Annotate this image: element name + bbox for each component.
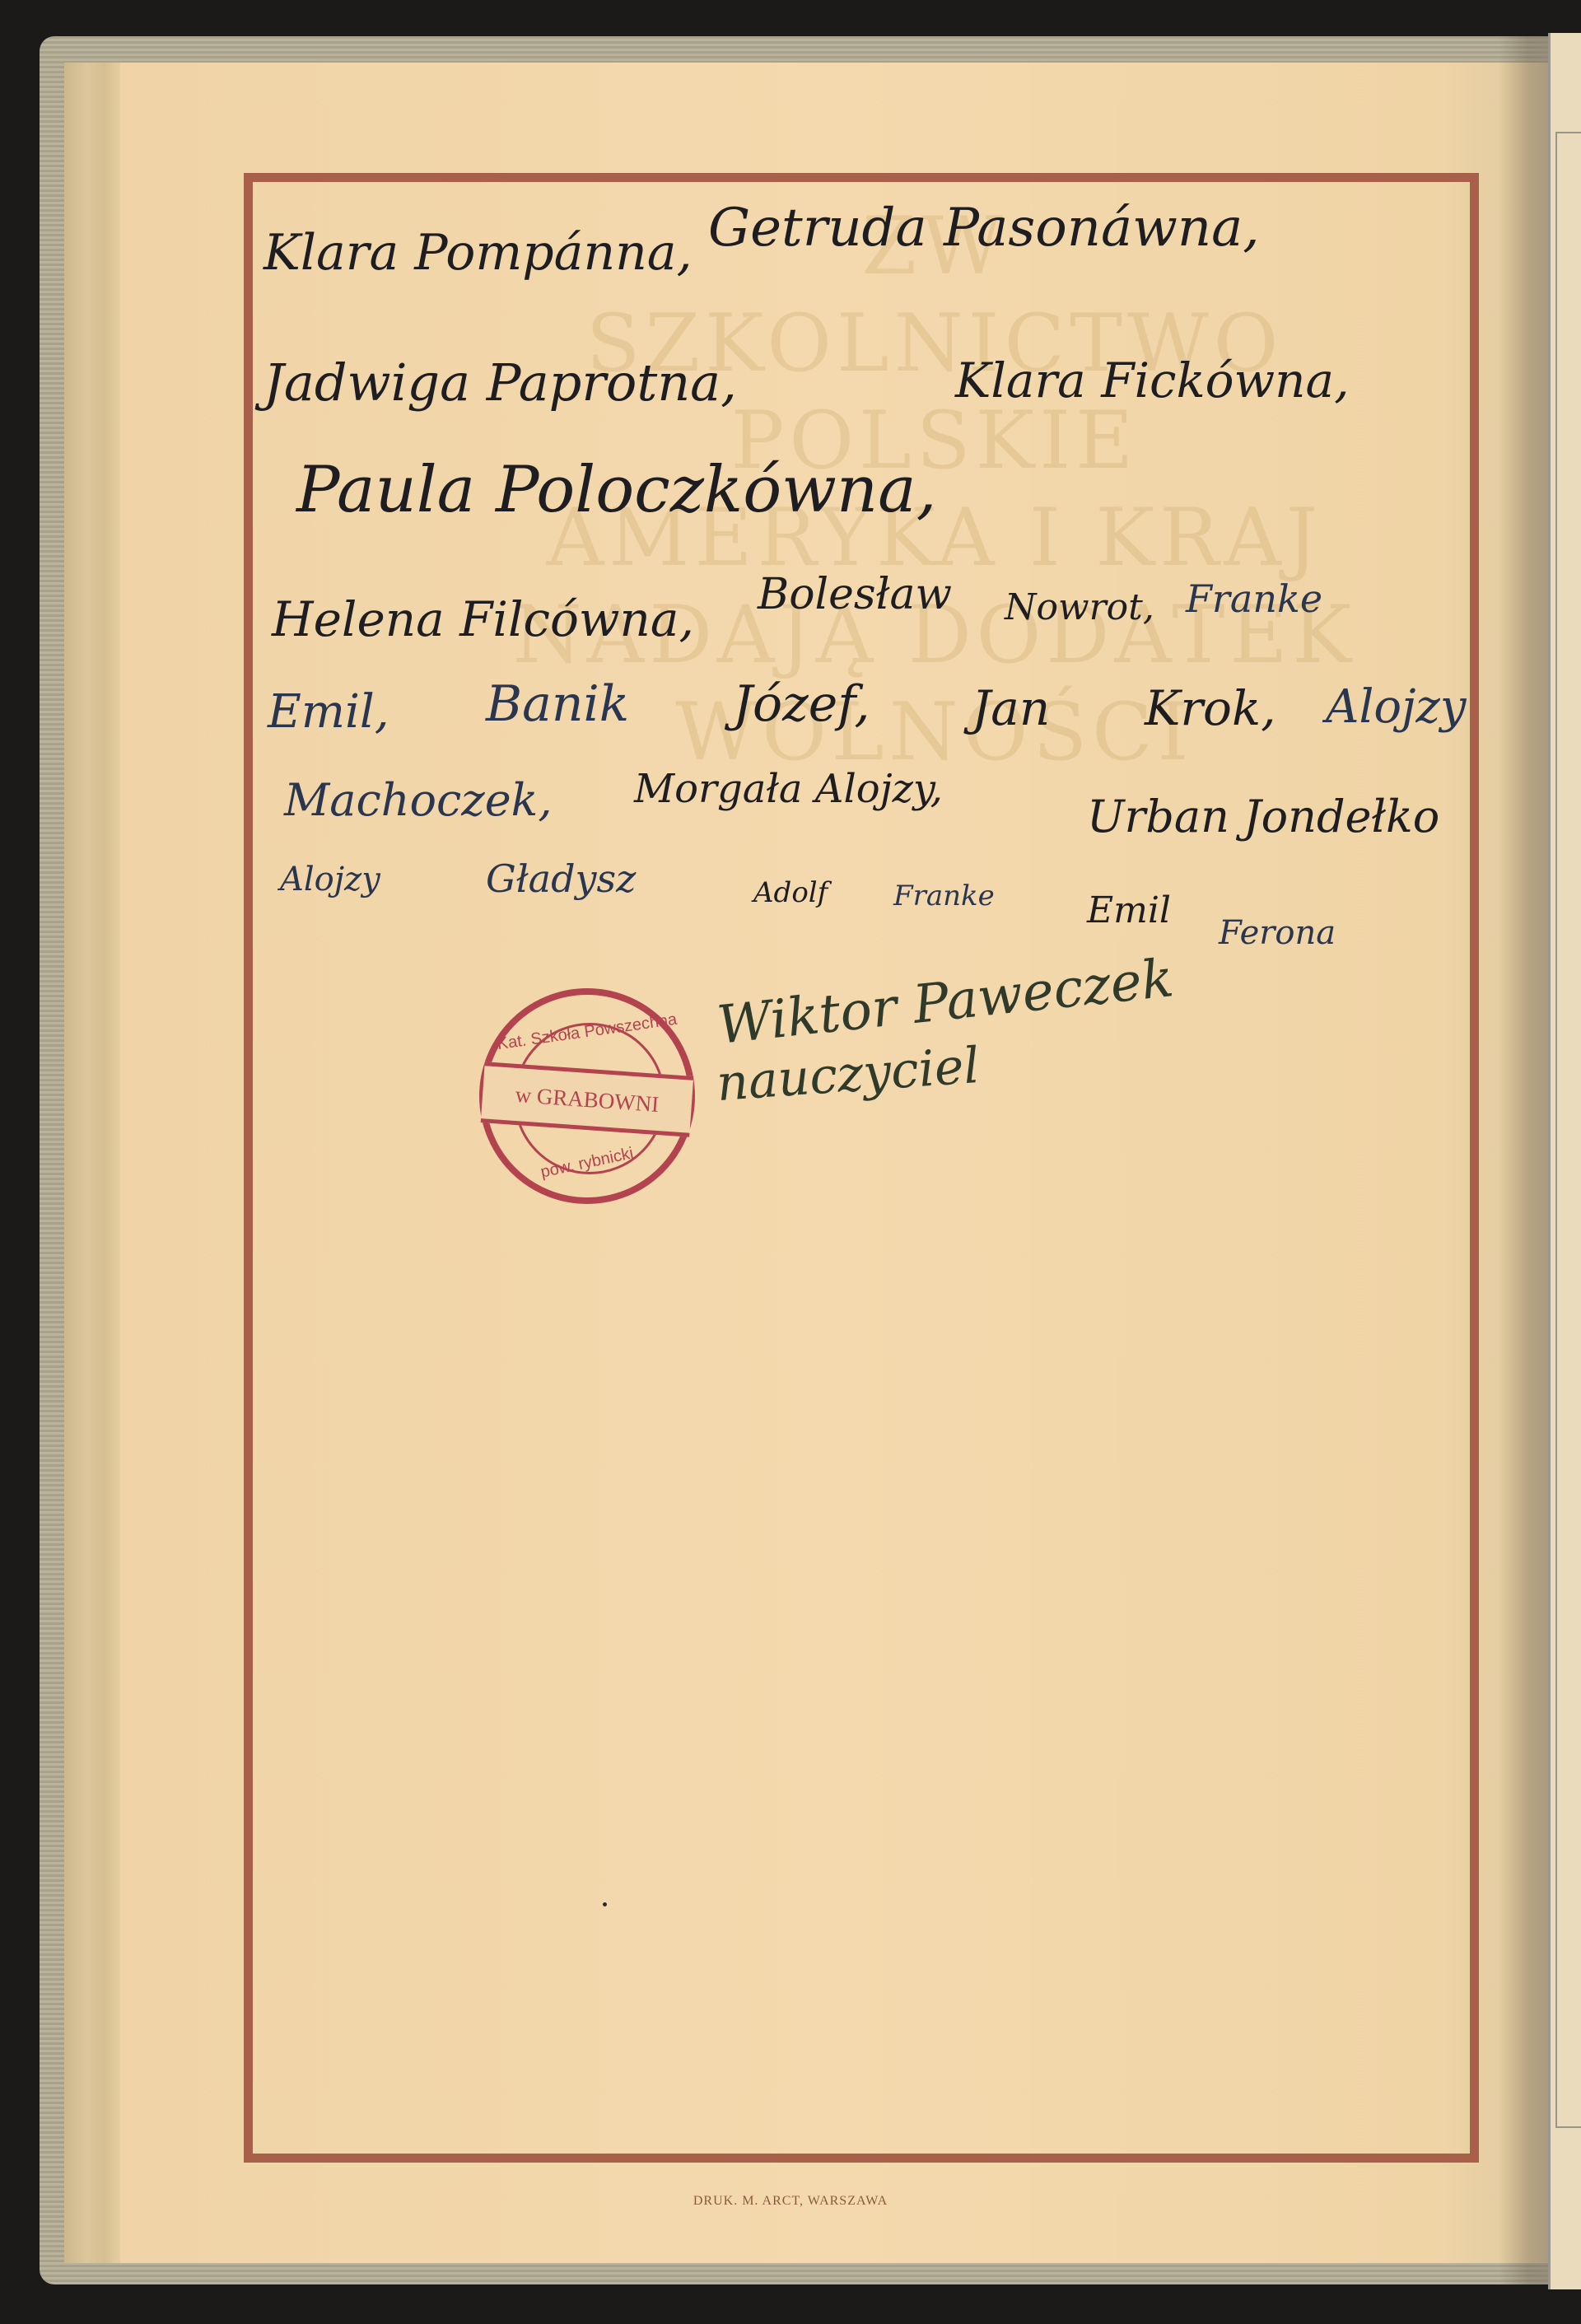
handwritten-name: Nowrot, xyxy=(1005,586,1154,628)
handwritten-name: Alojzy xyxy=(1326,680,1467,734)
handwritten-name: Machoczek, xyxy=(284,774,553,826)
handwritten-name: Alojzy xyxy=(280,861,380,898)
handwritten-name: Klara Pompánna, xyxy=(263,224,693,282)
handwritten-name: Emil, xyxy=(268,685,389,739)
handwritten-name: Krok, xyxy=(1145,680,1276,736)
handwritten-name: Józef, xyxy=(733,675,870,733)
handwritten-name: Bolesław xyxy=(758,570,952,619)
stamp-center-text: w GRABOWNI xyxy=(515,1081,660,1117)
handwritten-name: Helena Filcówna, xyxy=(272,591,694,647)
spine-shadow xyxy=(1499,36,1548,2284)
handwritten-name: Paula Poloczkówna, xyxy=(296,453,936,527)
handwritten-name: Franke xyxy=(893,880,995,912)
handwritten-name: Banik xyxy=(486,675,629,733)
handwritten-name: Urban Jondełko xyxy=(1087,791,1439,842)
printer-imprint: DRUK. M. ARCT, WARSZAWA xyxy=(0,2194,1581,2209)
handwritten-name: Getruda Pasonáwna, xyxy=(708,198,1260,259)
handwritten-name: Jan xyxy=(972,680,1050,736)
page-edges xyxy=(64,63,122,2263)
handwritten-name: Franke xyxy=(1186,576,1322,621)
handwritten-name: Morgała Alojzy, xyxy=(634,766,943,812)
handwritten-name: Gładysz xyxy=(486,856,636,901)
handwritten-name: Emil xyxy=(1087,889,1171,931)
ink-speck xyxy=(603,1902,607,1906)
stamp-center-band: w GRABOWNI xyxy=(481,1062,694,1137)
handwritten-name: Klara Fickówna, xyxy=(955,352,1350,408)
school-stamp: Kat. Szkoła Powszechna w GRABOWNI pow. r… xyxy=(479,988,695,1204)
handwritten-name: Adolf xyxy=(753,876,828,909)
handwritten-name: Ferona xyxy=(1219,914,1336,952)
facing-page-edge xyxy=(1548,33,1581,2289)
handwritten-name: Jadwiga Paprotna, xyxy=(263,352,737,413)
